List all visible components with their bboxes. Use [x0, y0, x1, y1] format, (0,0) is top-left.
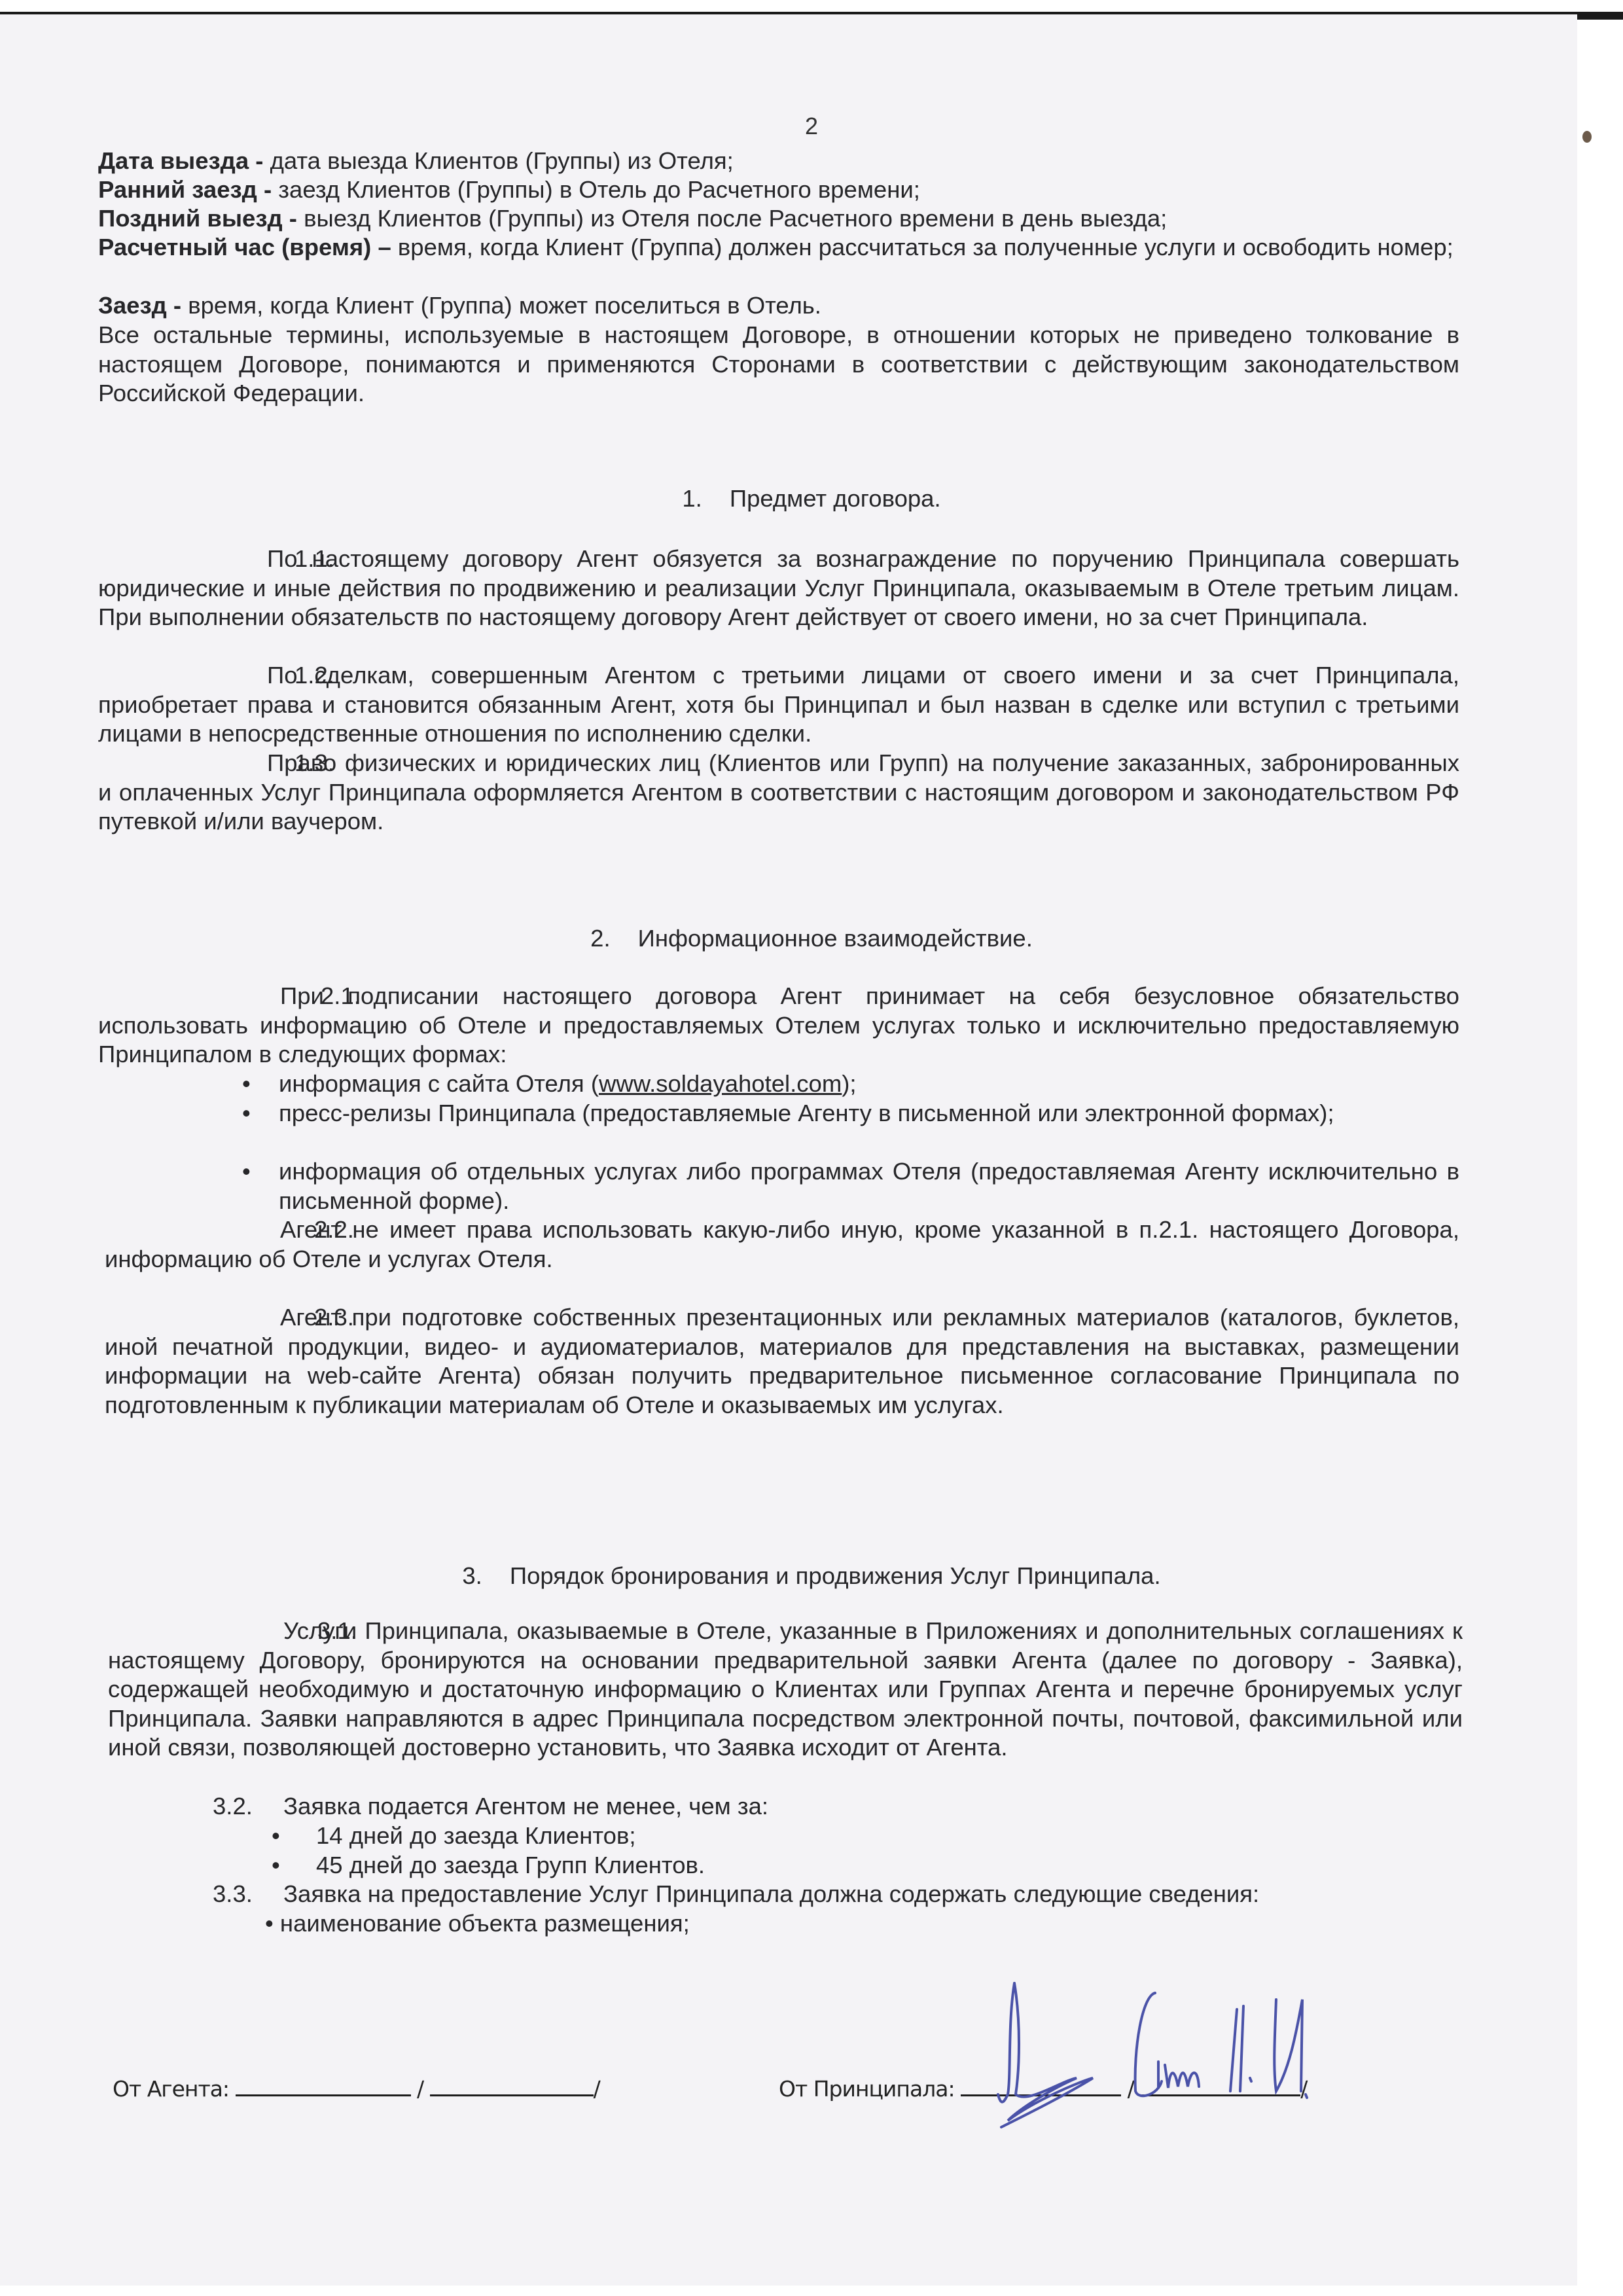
page-number: 2 — [0, 113, 1623, 140]
section-title: Предмет договора. — [730, 485, 941, 512]
clause-3-2: 3.2.Заявка подается Агентом не менее, че… — [213, 1792, 768, 1821]
section-title: Информационное взаимодействие. — [638, 925, 1033, 952]
clause-3-1: 3.1.Услуги Принципала, оказываемые в Оте… — [108, 1617, 1463, 1763]
definition-item: Ранний заезд - заезд Клиентов (Группы) в… — [98, 175, 920, 204]
agent-signature-line[interactable] — [236, 2075, 411, 2096]
definition-item: Дата выезда - дата выезда Клиентов (Груп… — [98, 147, 734, 175]
bullet-item: • информация с сайта Отеля (www.soldayah… — [242, 1069, 1459, 1099]
definition-item: Поздний выезд - выезд Клиентов (Группы) … — [98, 204, 1167, 233]
bullet-icon: • — [265, 1910, 280, 1937]
bullet-icon: • — [242, 1099, 251, 1128]
bullet-item: • 45 дней до заезда Групп Клиентов. — [272, 1851, 705, 1880]
definition-text: время, когда Клиент (Группа) должен расс… — [398, 234, 1454, 260]
bullet-icon: • — [272, 1821, 280, 1851]
definition-term: Дата выезда — [98, 147, 249, 174]
clause-1-3: 1.3.Право физических и юридических лиц (… — [98, 749, 1459, 836]
definition-item: Расчетный час (время) – время, когда Кли… — [98, 233, 1459, 262]
bullet-icon: • — [242, 1157, 251, 1187]
scan-edge — [1577, 12, 1623, 20]
section-heading-1: 1.Предмет договора. — [0, 484, 1623, 513]
definitions-closing: Все остальные термины, используемые в на… — [98, 321, 1459, 408]
clause-2-3: 2.3.Агент при подготовке собственных пре… — [105, 1303, 1459, 1420]
section-title: Порядок бронирования и продвижения Услуг… — [510, 1562, 1161, 1589]
bullet-icon: • — [272, 1851, 280, 1880]
agent-label: От Агента: — [113, 2076, 229, 2102]
bullet-item: • пресс-релизы Принципала (предоставляем… — [242, 1099, 1459, 1128]
section-heading-2: 2.Информационное взаимодействие. — [0, 924, 1623, 953]
definition-text: время, когда Клиент (Группа) может посел… — [188, 292, 821, 319]
section-heading-3: 3.Порядок бронирования и продвижения Усл… — [0, 1562, 1623, 1590]
definition-term: Ранний заезд — [98, 176, 257, 203]
hotel-website-link[interactable]: www.soldayahotel.com — [599, 1070, 842, 1097]
definition-text: заезд Клиентов (Группы) в Отель до Расче… — [278, 176, 920, 203]
principal-label: От Принципала: — [779, 2076, 955, 2102]
clause-2-2: 2.2.Агент не имеет права использовать ка… — [105, 1215, 1459, 1274]
definition-term: Расчетный час (время) — [98, 234, 371, 260]
clause-1-1: 1.1.По настоящему договору Агент обязует… — [98, 545, 1459, 632]
bullet-icon: • — [242, 1069, 251, 1099]
definition-text: дата выезда Клиентов (Группы) из Отеля; — [270, 147, 734, 174]
definition-item: Заезд - время, когда Клиент (Группа) мож… — [98, 291, 821, 320]
bullet-item: • 14 дней до заезда Клиентов; — [272, 1821, 636, 1851]
definition-term: Поздний выезд — [98, 205, 283, 232]
definition-term: Заезд — [98, 292, 167, 319]
definition-text: выезд Клиентов (Группы) из Отеля после Р… — [304, 205, 1167, 232]
principal-handwritten-signature — [962, 1970, 1420, 2134]
agent-name-line[interactable] — [430, 2075, 594, 2096]
bullet-item: • наименование объекта размещения; — [265, 1909, 690, 1939]
clause-2-1: 2.1.При подписании настоящего договора А… — [98, 982, 1459, 1069]
clause-1-2: 1.2.По сделкам, совершенным Агентом с тр… — [98, 661, 1459, 749]
bullet-item: • информация об отдельных услугах либо п… — [242, 1157, 1459, 1215]
agent-signature-block: От Агента: / / — [113, 2075, 600, 2102]
clause-3-3: 3.3.Заявка на предоставление Услуг Принц… — [213, 1880, 1259, 1909]
